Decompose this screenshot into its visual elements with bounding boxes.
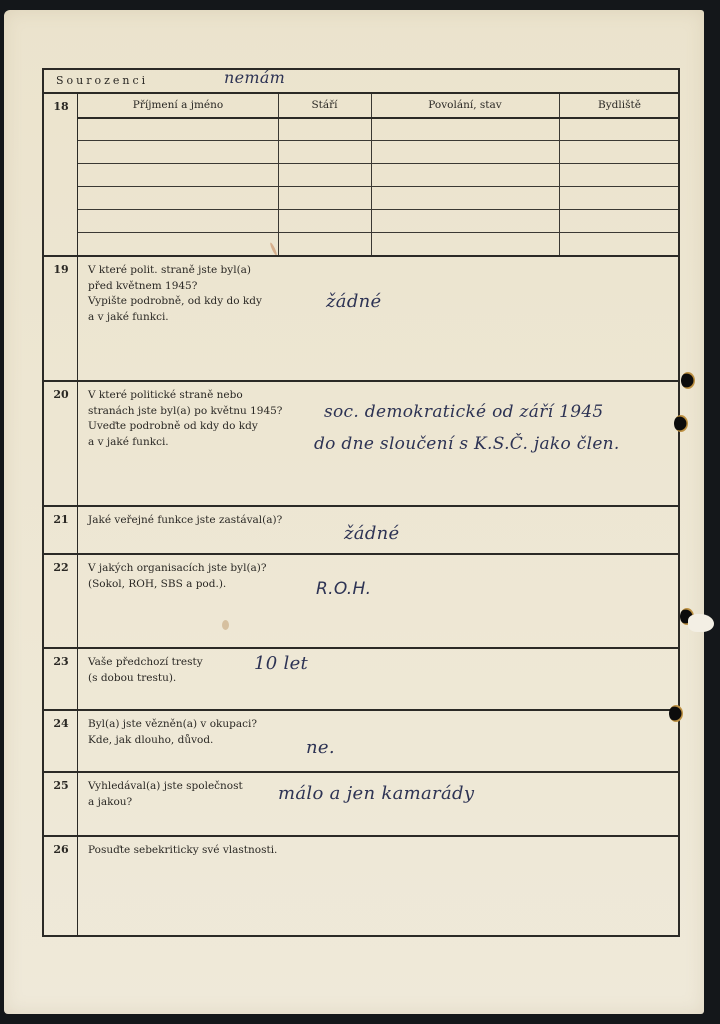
question-row-21: 21 Jaké veřejné funkce jste zastával(a)?… [44,507,678,555]
question-line: Uveďte podrobně od kdy do kdy [88,419,282,435]
binder-hole [681,372,695,389]
binder-hole [669,705,683,722]
siblings-title: Sourozenci [56,74,148,87]
question-number: 18 [44,100,78,113]
column-header-occupation: Povolání, stav [371,94,559,116]
question-line: a v jaké funkci. [88,310,262,326]
question-text: Byl(a) jste vězněn(a) v okupaci? Kde, ja… [88,717,257,748]
questionnaire-form: Sourozenci nemám 18 Příjmení a jméno Stá… [42,68,680,937]
number-column: 25 [44,773,78,835]
question-text: Jaké veřejné funkce jste zastával(a)? [88,513,282,529]
question-line: stranách jste byl(a) po květnu 1945? [88,404,282,420]
question-line: Byl(a) jste vězněn(a) v okupaci? [88,717,257,733]
question-row-24: 24 Byl(a) jste vězněn(a) v okupaci? Kde,… [44,711,678,773]
siblings-handwritten-note: nemám [224,68,285,87]
number-column: 21 [44,507,78,553]
handwritten-answer: žádné [344,523,399,544]
question-text: Vyhledával(a) jste společnost a jakou? [88,779,243,810]
torn-paper-edge [688,614,714,632]
handwritten-answer: žádné [326,291,381,312]
number-column: 18 [44,94,78,255]
question-line: před květnem 1945? [88,279,262,295]
question-row-20: 20 V které politické straně nebo stranác… [44,382,678,507]
question-number: 24 [44,717,78,730]
handwritten-answer: 10 let [254,653,308,674]
question-text: V které politické straně nebo stranách j… [88,388,282,450]
column-header-residence: Bydliště [559,94,680,116]
question-line: Posuďte sebekriticky své vlastnosti. [88,843,277,859]
question-line: (Sokol, ROH, SBS a pod.). [88,577,267,593]
number-column: 23 [44,649,78,709]
handwritten-answer-line: do dne sloučení s K.S.Č. jako člen. [314,434,620,454]
question-line: (s dobou trestu). [88,671,203,687]
question-line: Vypište podrobně, od kdy do kdy [88,294,262,310]
table-row-line [78,140,678,141]
question-row-22: 22 V jakých organisacích jste byl(a)? (S… [44,555,678,649]
table-row-line [78,186,678,187]
number-column: 26 [44,837,78,935]
question-text: V které polit. straně jste byl(a) před k… [88,263,262,325]
question-line: V které politické straně nebo [88,388,282,404]
question-line: Vaše předchozí tresty [88,655,203,671]
table-row-line [78,209,678,210]
siblings-heading-row: Sourozenci nemám [44,70,678,94]
handwritten-answer: ne. [306,737,335,758]
question-line: V jakých organisacích jste byl(a)? [88,561,267,577]
question-line: V které polit. straně jste byl(a) [88,263,262,279]
table-row-line [78,232,678,233]
question-text: Vaše předchozí tresty (s dobou trestu). [88,655,203,686]
question-number: 22 [44,561,78,574]
number-column: 19 [44,257,78,380]
column-header-name: Příjmení a jméno [78,94,278,116]
binder-hole [674,415,688,432]
header-divider [78,117,678,119]
handwritten-answer: málo a jen kamarády [278,783,474,804]
question-line: a jakou? [88,795,243,811]
paper-sheet: Sourozenci nemám 18 Příjmení a jméno Stá… [4,10,704,1014]
siblings-table-section: 18 Příjmení a jméno Stáří Povolání, stav… [44,94,678,257]
question-number: 23 [44,655,78,668]
question-row-26: 26 Posuďte sebekriticky své vlastnosti. [44,837,678,935]
question-row-23: 23 Vaše předchozí tresty (s dobou trestu… [44,649,678,711]
question-row-25: 25 Vyhledával(a) jste společnost a jakou… [44,773,678,837]
handwritten-answer-line: soc. demokratické od září 1945 [324,402,604,422]
question-number: 19 [44,263,78,276]
question-text: Posuďte sebekriticky své vlastnosti. [88,843,277,859]
siblings-table: Příjmení a jméno Stáří Povolání, stav By… [78,94,678,255]
question-line: Kde, jak dlouho, důvod. [88,733,257,749]
column-header-age: Stáří [278,94,371,116]
handwritten-answer: R.O.H. [316,579,371,599]
number-column: 20 [44,382,78,505]
number-column: 24 [44,711,78,771]
question-text: V jakých organisacích jste byl(a)? (Soko… [88,561,267,592]
question-line: Jaké veřejné funkce jste zastával(a)? [88,513,282,529]
question-number: 20 [44,388,78,401]
question-number: 26 [44,843,78,856]
question-line: a v jaké funkci. [88,435,282,451]
question-number: 21 [44,513,78,526]
question-row-19: 19 V které polit. straně jste byl(a) pře… [44,257,678,382]
table-row-line [78,163,678,164]
number-column: 22 [44,555,78,647]
question-number: 25 [44,779,78,792]
question-line: Vyhledával(a) jste společnost [88,779,243,795]
